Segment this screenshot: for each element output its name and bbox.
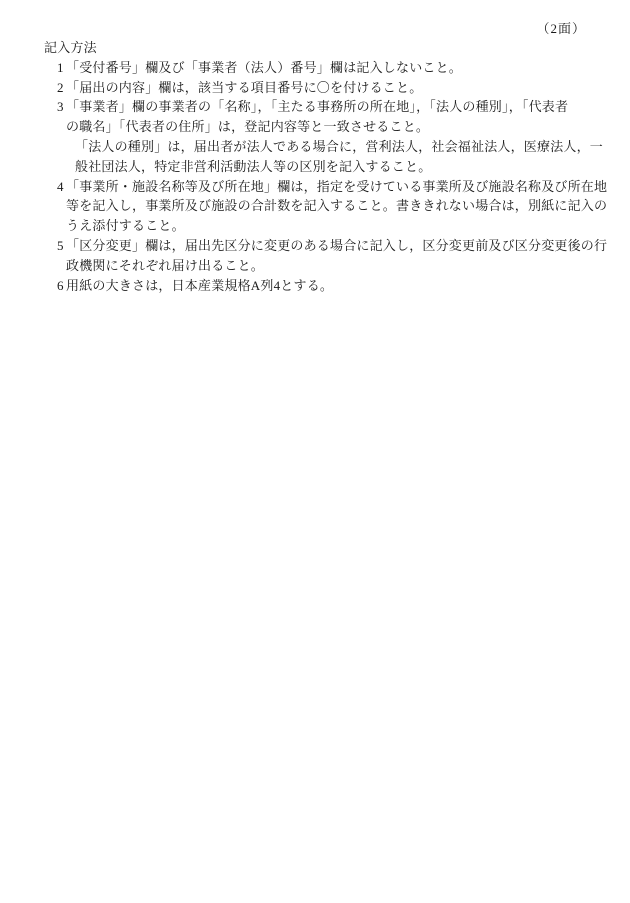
- list-item-continuation: 政機関にそれぞれ届け出ること。: [0, 256, 630, 276]
- item-number: 5: [57, 236, 66, 256]
- item-number: 1: [57, 58, 66, 78]
- list-item: 4「事業所・施設名称等及び所在地」欄は，指定を受けている事業所及び施設名称及び所…: [0, 177, 630, 197]
- document-page: （2面） 記入方法 1「受付番号」欄及び「事業者（法人）番号」欄は記入しないこと…: [0, 0, 630, 903]
- list-item-continuation: うえ添付すること。: [0, 216, 630, 236]
- instructions-section: 記入方法 1「受付番号」欄及び「事業者（法人）番号」欄は記入しないこと。 2「届…: [0, 38, 630, 295]
- list-item-continuation: 等を記入し，事業所及び施設の合計数を記入すること。書ききれない場合は，別紙に記入…: [0, 196, 630, 216]
- list-item: 6用紙の大きさは，日本産業規格A列4とする。: [0, 276, 630, 296]
- list-item-continuation: の職名」「代表者の住所」は，登記内容等と一致させること。: [0, 117, 630, 137]
- list-item: 2「届出の内容」欄は，該当する項目番号に〇を付けること。: [0, 78, 630, 98]
- item-text: 「受付番号」欄及び「事業者（法人）番号」欄は記入しないこと。: [66, 60, 462, 75]
- item-text: 用紙の大きさは，日本産業規格A列4とする。: [66, 278, 333, 293]
- item-text: 「区分変更」欄は，届出先区分に変更のある場合に記入し，区分変更前及び区分変更後の…: [66, 238, 607, 253]
- item-text: 「事業所・施設名称等及び所在地」欄は，指定を受けている事業所及び施設名称及び所在…: [66, 179, 607, 194]
- list-item: 1「受付番号」欄及び「事業者（法人）番号」欄は記入しないこと。: [0, 58, 630, 78]
- item-number: 3: [57, 97, 66, 117]
- item-number: 4: [57, 177, 66, 197]
- item-text: 「届出の内容」欄は，該当する項目番号に〇を付けること。: [66, 80, 422, 95]
- item-number: 6: [57, 276, 66, 296]
- list-item-subparagraph: 般社団法人，特定非営利活動法人等の区別を記入すること。: [0, 157, 630, 177]
- section-title: 記入方法: [0, 38, 630, 58]
- list-item: 5「区分変更」欄は，届出先区分に変更のある場合に記入し，区分変更前及び区分変更後…: [0, 236, 630, 256]
- list-item-subparagraph: 「法人の種別」は，届出者が法人である場合に，営利法人，社会福祉法人，医療法人，一: [0, 137, 630, 157]
- list-item: 3「事業者」欄の事業者の「名称」，「主たる事務所の所在地」，「法人の種別」，「代…: [0, 97, 630, 117]
- item-text: 「事業者」欄の事業者の「名称」，「主たる事務所の所在地」，「法人の種別」，「代表…: [66, 99, 568, 114]
- item-number: 2: [57, 78, 66, 98]
- page-number: （2面）: [536, 21, 586, 37]
